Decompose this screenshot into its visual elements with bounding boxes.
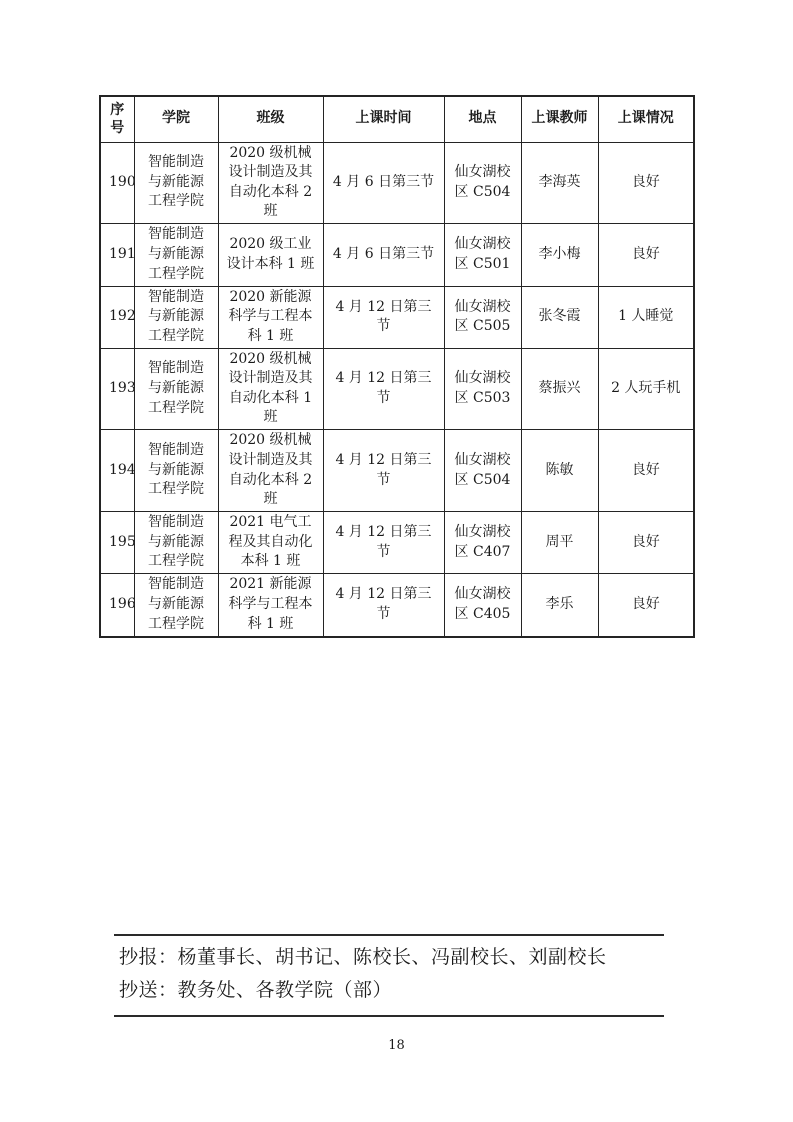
- cell-teacher: 蔡振兴: [521, 348, 598, 429]
- column-header-time: 上课时间: [323, 96, 444, 142]
- copy-report-line: 抄报：杨董事长、胡书记、陈校长、冯副校长、刘副校长: [119, 941, 664, 974]
- cell-time: 4 月 12 日第三节: [323, 430, 444, 512]
- cell-no: 190: [100, 142, 134, 223]
- cell-class: 2020 级机械设计制造及其自动化本科 1 班: [218, 348, 323, 429]
- cell-situation: 良好: [598, 223, 694, 286]
- cell-class: 2021 电气工程及其自动化本科 1 班: [218, 512, 323, 574]
- cell-no: 196: [100, 574, 134, 637]
- column-header-teacher: 上课教师: [521, 96, 598, 142]
- cell-situation: 1 人睡觉: [598, 286, 694, 348]
- cell-college: 智能制造与新能源工程学院: [134, 223, 218, 286]
- cell-time: 4 月 6 日第三节: [323, 142, 444, 223]
- column-header-situation: 上课情况: [598, 96, 694, 142]
- cell-location: 仙女湖校区 C501: [444, 223, 521, 286]
- page-number: 18: [0, 1038, 793, 1053]
- table-row: 190 智能制造与新能源工程学院 2020 级机械设计制造及其自动化本科 2 班…: [100, 142, 694, 223]
- cell-location: 仙女湖校区 C405: [444, 574, 521, 637]
- cell-college: 智能制造与新能源工程学院: [134, 348, 218, 429]
- cell-situation: 良好: [598, 512, 694, 574]
- cell-class: 2020 级机械设计制造及其自动化本科 2 班: [218, 142, 323, 223]
- cell-college: 智能制造与新能源工程学院: [134, 574, 218, 637]
- cell-situation: 良好: [598, 574, 694, 637]
- cell-situation: 2 人玩手机: [598, 348, 694, 429]
- cell-class: 2020 新能源科学与工程本科 1 班: [218, 286, 323, 348]
- cell-no: 194: [100, 430, 134, 512]
- column-header-location: 地点: [444, 96, 521, 142]
- distribution-block: 抄报：杨董事长、胡书记、陈校长、冯副校长、刘副校长 抄送：教务处、各教学院（部）: [114, 934, 664, 1017]
- cell-teacher: 李海英: [521, 142, 598, 223]
- cell-time: 4 月 6 日第三节: [323, 223, 444, 286]
- cell-time: 4 月 12 日第三节: [323, 512, 444, 574]
- cell-no: 193: [100, 348, 134, 429]
- cell-location: 仙女湖校区 C504: [444, 430, 521, 512]
- cell-class: 2020 级机械设计制造及其自动化本科 2 班: [218, 430, 323, 512]
- table-row: 194 智能制造与新能源工程学院 2020 级机械设计制造及其自动化本科 2 班…: [100, 430, 694, 512]
- cell-location: 仙女湖校区 C503: [444, 348, 521, 429]
- cell-location: 仙女湖校区 C505: [444, 286, 521, 348]
- attendance-table: 序 号 学院 班级 上课时间 地点 上课教师 上课情况 190 智能制造与新能源…: [99, 95, 695, 638]
- table-row: 196 智能制造与新能源工程学院 2021 新能源科学与工程本科 1 班 4 月…: [100, 574, 694, 637]
- copy-send-line: 抄送：教务处、各教学院（部）: [119, 974, 664, 1007]
- table-row: 191 智能制造与新能源工程学院 2020 级工业设计本科 1 班 4 月 6 …: [100, 223, 694, 286]
- document-page: 序 号 学院 班级 上课时间 地点 上课教师 上课情况 190 智能制造与新能源…: [0, 0, 793, 1122]
- cell-college: 智能制造与新能源工程学院: [134, 286, 218, 348]
- cell-teacher: 李小梅: [521, 223, 598, 286]
- cell-teacher: 张冬霞: [521, 286, 598, 348]
- cell-no: 192: [100, 286, 134, 348]
- cell-location: 仙女湖校区 C504: [444, 142, 521, 223]
- cell-location: 仙女湖校区 C407: [444, 512, 521, 574]
- cell-time: 4 月 12 日第三节: [323, 286, 444, 348]
- table-header-row: 序 号 学院 班级 上课时间 地点 上课教师 上课情况: [100, 96, 694, 142]
- cell-teacher: 陈敏: [521, 430, 598, 512]
- cell-class: 2020 级工业设计本科 1 班: [218, 223, 323, 286]
- cell-time: 4 月 12 日第三节: [323, 574, 444, 637]
- cell-no: 191: [100, 223, 134, 286]
- cell-no: 195: [100, 512, 134, 574]
- cell-teacher: 周平: [521, 512, 598, 574]
- cell-situation: 良好: [598, 142, 694, 223]
- column-header-class: 班级: [218, 96, 323, 142]
- cell-time: 4 月 12 日第三节: [323, 348, 444, 429]
- cell-college: 智能制造与新能源工程学院: [134, 512, 218, 574]
- cell-teacher: 李乐: [521, 574, 598, 637]
- cell-college: 智能制造与新能源工程学院: [134, 430, 218, 512]
- cell-class: 2021 新能源科学与工程本科 1 班: [218, 574, 323, 637]
- table-row: 193 智能制造与新能源工程学院 2020 级机械设计制造及其自动化本科 1 班…: [100, 348, 694, 429]
- table-row: 195 智能制造与新能源工程学院 2021 电气工程及其自动化本科 1 班 4 …: [100, 512, 694, 574]
- column-header-college: 学院: [134, 96, 218, 142]
- cell-situation: 良好: [598, 430, 694, 512]
- table-row: 192 智能制造与新能源工程学院 2020 新能源科学与工程本科 1 班 4 月…: [100, 286, 694, 348]
- cell-college: 智能制造与新能源工程学院: [134, 142, 218, 223]
- column-header-no: 序 号: [100, 96, 134, 142]
